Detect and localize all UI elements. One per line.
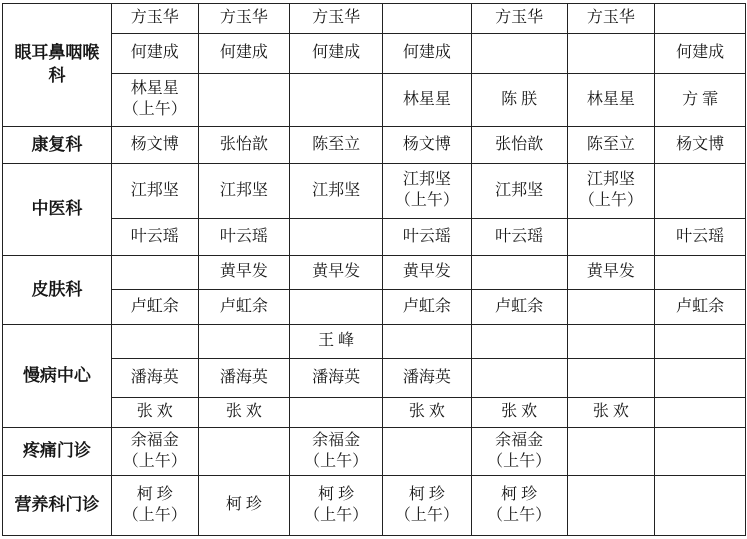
schedule-cell: 张 欢 bbox=[383, 398, 472, 428]
schedule-cell: 江邦坚 bbox=[198, 164, 290, 219]
schedule-cell bbox=[471, 325, 567, 359]
schedule-cell bbox=[567, 476, 655, 536]
table-row: 林星星 （上午） 林星星 陈 朕 林星星 方 霏 bbox=[3, 74, 746, 127]
schedule-cell bbox=[111, 256, 198, 290]
schedule-cell: 卢虹余 bbox=[471, 290, 567, 325]
schedule-cell: 江邦坚 （上午） bbox=[383, 164, 472, 219]
schedule-cell: 方玉华 bbox=[471, 4, 567, 34]
schedule-cell: 何建成 bbox=[383, 34, 472, 74]
table-row: 卢虹余 卢虹余 卢虹余 卢虹余 卢虹余 bbox=[3, 290, 746, 325]
schedule-cell: 方玉华 bbox=[290, 4, 383, 34]
dept-rehab: 康复科 bbox=[3, 127, 112, 164]
schedule-cell: 林星星 bbox=[383, 74, 472, 127]
schedule-cell bbox=[655, 325, 746, 359]
schedule-cell: 黄早发 bbox=[383, 256, 472, 290]
schedule-cell: 余福金 （上午） bbox=[111, 428, 198, 476]
schedule-cell bbox=[290, 219, 383, 256]
schedule-cell: 何建成 bbox=[655, 34, 746, 74]
table-row: 疼痛门诊 余福金 （上午） 余福金 （上午） 余福金 （上午） bbox=[3, 428, 746, 476]
schedule-cell: 叶云瑶 bbox=[198, 219, 290, 256]
schedule-cell bbox=[198, 325, 290, 359]
schedule-cell bbox=[383, 4, 472, 34]
schedule-cell: 卢虹余 bbox=[198, 290, 290, 325]
schedule-cell bbox=[567, 428, 655, 476]
schedule-cell: 黄早发 bbox=[290, 256, 383, 290]
doctor-schedule-page: 眼耳鼻咽喉科 方玉华 方玉华 方玉华 方玉华 方玉华 何建成 何建成 何建成 何… bbox=[0, 0, 747, 539]
schedule-cell: 方玉华 bbox=[198, 4, 290, 34]
schedule-cell bbox=[655, 476, 746, 536]
schedule-cell bbox=[198, 428, 290, 476]
table-row: 眼耳鼻咽喉科 方玉华 方玉华 方玉华 方玉华 方玉华 bbox=[3, 4, 746, 34]
schedule-cell: 卢虹余 bbox=[655, 290, 746, 325]
schedule-cell: 柯 珍 （上午） bbox=[471, 476, 567, 536]
schedule-cell: 卢虹余 bbox=[383, 290, 472, 325]
schedule-cell bbox=[655, 428, 746, 476]
schedule-cell: 陈至立 bbox=[290, 127, 383, 164]
schedule-cell: 潘海英 bbox=[383, 359, 472, 398]
schedule-cell: 潘海英 bbox=[198, 359, 290, 398]
schedule-cell: 张 欢 bbox=[471, 398, 567, 428]
dept-tcm: 中医科 bbox=[3, 164, 112, 256]
schedule-cell bbox=[567, 219, 655, 256]
table-row: 何建成 何建成 何建成 何建成 何建成 bbox=[3, 34, 746, 74]
schedule-cell bbox=[655, 164, 746, 219]
schedule-cell bbox=[290, 74, 383, 127]
schedule-cell bbox=[471, 256, 567, 290]
schedule-cell bbox=[383, 325, 472, 359]
schedule-cell: 林星星 bbox=[567, 74, 655, 127]
schedule-cell bbox=[655, 359, 746, 398]
schedule-cell bbox=[111, 325, 198, 359]
schedule-cell: 陈至立 bbox=[567, 127, 655, 164]
schedule-cell bbox=[655, 398, 746, 428]
schedule-cell bbox=[290, 290, 383, 325]
schedule-cell: 江邦坚 bbox=[290, 164, 383, 219]
table-row: 张 欢 张 欢 张 欢 张 欢 张 欢 bbox=[3, 398, 746, 428]
schedule-cell: 张怡歆 bbox=[198, 127, 290, 164]
dept-chronic-disease-center: 慢病中心 bbox=[3, 325, 112, 428]
schedule-cell: 王 峰 bbox=[290, 325, 383, 359]
schedule-cell bbox=[383, 428, 472, 476]
table-row: 皮肤科 黄早发 黄早发 黄早发 黄早发 bbox=[3, 256, 746, 290]
dept-nutrition-clinic: 营养科门诊 bbox=[3, 476, 112, 536]
schedule-cell: 张怡歆 bbox=[471, 127, 567, 164]
schedule-cell: 杨文博 bbox=[655, 127, 746, 164]
schedule-cell: 叶云瑶 bbox=[383, 219, 472, 256]
schedule-cell bbox=[198, 74, 290, 127]
schedule-cell: 杨文博 bbox=[111, 127, 198, 164]
schedule-cell: 张 欢 bbox=[198, 398, 290, 428]
schedule-cell: 柯 珍 （上午） bbox=[111, 476, 198, 536]
schedule-cell: 何建成 bbox=[290, 34, 383, 74]
schedule-cell: 何建成 bbox=[198, 34, 290, 74]
schedule-cell: 柯 珍 （上午） bbox=[290, 476, 383, 536]
schedule-cell bbox=[471, 359, 567, 398]
schedule-cell bbox=[567, 290, 655, 325]
schedule-cell: 潘海英 bbox=[290, 359, 383, 398]
schedule-cell: 叶云瑶 bbox=[471, 219, 567, 256]
schedule-cell: 柯 珍 bbox=[198, 476, 290, 536]
schedule-cell: 方 霏 bbox=[655, 74, 746, 127]
schedule-cell: 方玉华 bbox=[111, 4, 198, 34]
dept-ent: 眼耳鼻咽喉科 bbox=[3, 4, 112, 127]
schedule-cell: 江邦坚 （上午） bbox=[567, 164, 655, 219]
schedule-cell bbox=[655, 4, 746, 34]
schedule-cell: 江邦坚 bbox=[111, 164, 198, 219]
schedule-cell bbox=[655, 256, 746, 290]
table-row: 康复科 杨文博 张怡歆 陈至立 杨文博 张怡歆 陈至立 杨文博 bbox=[3, 127, 746, 164]
schedule-cell: 方玉华 bbox=[567, 4, 655, 34]
schedule-cell: 张 欢 bbox=[567, 398, 655, 428]
schedule-cell: 林星星 （上午） bbox=[111, 74, 198, 127]
schedule-cell: 潘海英 bbox=[111, 359, 198, 398]
table-row: 慢病中心 王 峰 bbox=[3, 325, 746, 359]
schedule-cell bbox=[290, 398, 383, 428]
table-row: 营养科门诊 柯 珍 （上午） 柯 珍 柯 珍 （上午） 柯 珍 （上午） 柯 珍… bbox=[3, 476, 746, 536]
schedule-cell bbox=[567, 359, 655, 398]
schedule-cell: 叶云瑶 bbox=[655, 219, 746, 256]
dept-pain-clinic: 疼痛门诊 bbox=[3, 428, 112, 476]
table-row: 中医科 江邦坚 江邦坚 江邦坚 江邦坚 （上午） 江邦坚 江邦坚 （上午） bbox=[3, 164, 746, 219]
schedule-cell: 柯 珍 （上午） bbox=[383, 476, 472, 536]
schedule-cell: 余福金 （上午） bbox=[290, 428, 383, 476]
table-row: 潘海英 潘海英 潘海英 潘海英 bbox=[3, 359, 746, 398]
schedule-cell: 黄早发 bbox=[198, 256, 290, 290]
schedule-cell: 黄早发 bbox=[567, 256, 655, 290]
schedule-cell: 陈 朕 bbox=[471, 74, 567, 127]
schedule-cell: 张 欢 bbox=[111, 398, 198, 428]
schedule-cell: 杨文博 bbox=[383, 127, 472, 164]
table-row: 叶云瑶 叶云瑶 叶云瑶 叶云瑶 叶云瑶 bbox=[3, 219, 746, 256]
schedule-cell bbox=[471, 34, 567, 74]
doctor-schedule-table: 眼耳鼻咽喉科 方玉华 方玉华 方玉华 方玉华 方玉华 何建成 何建成 何建成 何… bbox=[2, 3, 746, 536]
schedule-cell bbox=[567, 325, 655, 359]
schedule-cell: 何建成 bbox=[111, 34, 198, 74]
dept-dermatology: 皮肤科 bbox=[3, 256, 112, 325]
schedule-cell bbox=[567, 34, 655, 74]
schedule-cell: 江邦坚 bbox=[471, 164, 567, 219]
schedule-cell: 叶云瑶 bbox=[111, 219, 198, 256]
schedule-cell: 余福金 （上午） bbox=[471, 428, 567, 476]
schedule-cell: 卢虹余 bbox=[111, 290, 198, 325]
